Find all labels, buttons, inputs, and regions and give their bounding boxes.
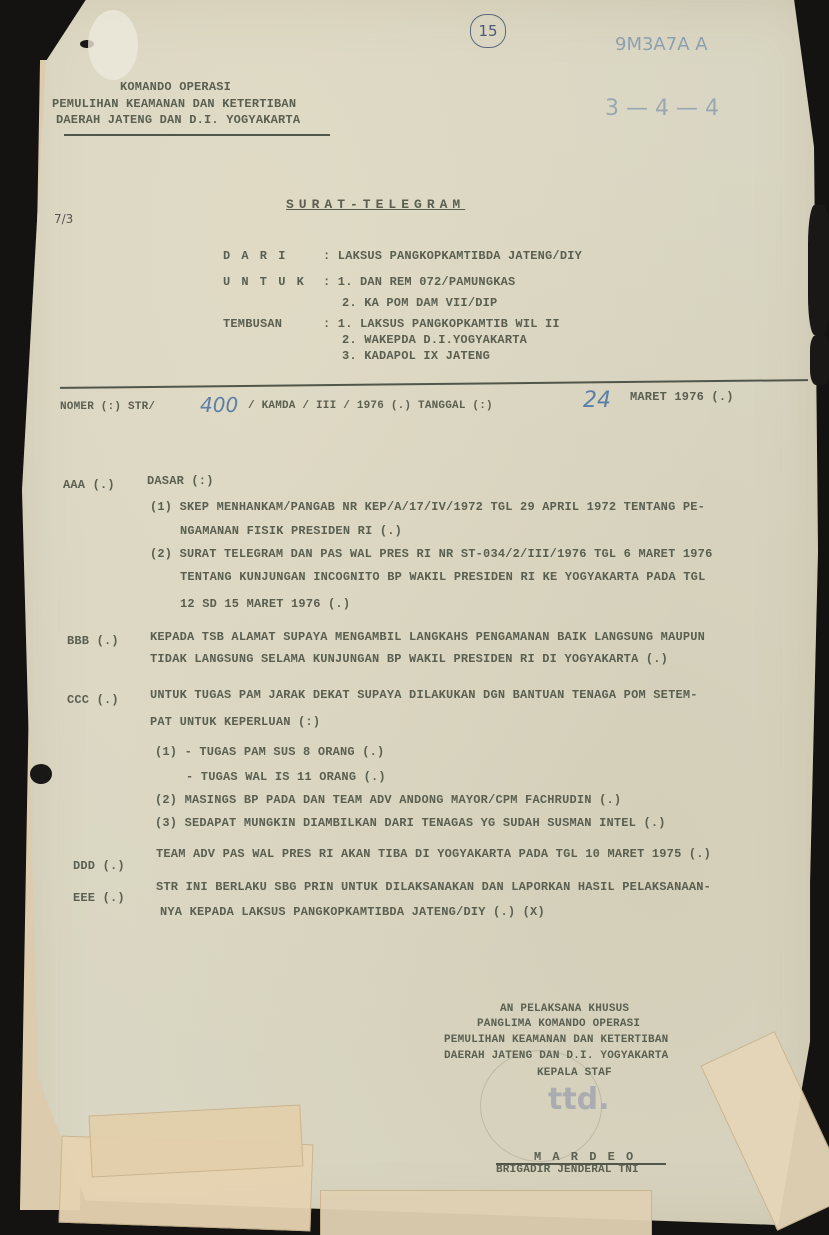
worn-spot	[88, 10, 138, 80]
para-bbb-label: BBB (.)	[67, 634, 119, 648]
para-bbb-line1: KEPADA TSB ALAMAT SUPAYA MENGAMBIL LANGK…	[150, 630, 705, 644]
signatory-name: M A R D E O	[534, 1150, 635, 1164]
letterhead-underline	[64, 134, 330, 136]
nomer-rest: / KAMDA / III / 1976 (.) TANGGAL (:)	[248, 400, 493, 412]
signature-line-1: AN PELAKSANA KHUSUS	[500, 1003, 629, 1015]
para-eee-line1: STR INI BERLAKU SBG PRIN UNTUK DILAKSANA…	[156, 880, 711, 894]
para-aaa-item2-line1: (2) SURAT TELEGRAM DAN PAS WAL PRES RI N…	[150, 547, 713, 561]
tembusan-value-3: 3. KADAPOL IX JATENG	[342, 349, 490, 363]
para-ccc-label: CCC (.)	[67, 693, 119, 707]
para-ccc-item2: (2) MASINGS BP PADA DAN TEAM ADV ANDONG …	[155, 793, 621, 807]
punch-hole	[30, 764, 52, 784]
para-ddd-line1: TEAM ADV PAS WAL PRES RI AKAN TIBA DI YO…	[156, 847, 711, 861]
signature-line-5: KEPALA STAF	[537, 1067, 612, 1079]
untuk-label: U N T U K	[223, 275, 306, 289]
nomer-label: NOMER (:) STR/	[60, 401, 155, 413]
dari-label: D A R I	[223, 249, 287, 263]
signature-line-4: DAERAH JATENG DAN D.I. YOGYAKARTA	[444, 1050, 668, 1062]
para-ccc-line2: PAT UNTUK KEPERLUAN (:)	[150, 715, 320, 729]
edge-tear	[810, 335, 829, 385]
para-aaa-item2-line3: 12 SD 15 MARET 1976 (.)	[180, 597, 350, 611]
para-ccc-item1b: - TUGAS WAL IS 11 ORANG (.)	[186, 770, 386, 784]
document-page	[22, 0, 818, 1225]
edge-tear	[808, 205, 829, 335]
dari-value: : LAKSUS PANGKOPKAMTIBDA JATENG/DIY	[323, 249, 582, 263]
handwritten-note-top: 9M3A7A A	[615, 34, 708, 55]
tape-piece	[89, 1104, 304, 1177]
tembusan-label: TEMBUSAN	[223, 317, 282, 331]
untuk-value-2: 2. KA POM DAM VII/DIP	[342, 296, 497, 310]
date-rest: MARET 1976 (.)	[630, 390, 734, 404]
signature-line-3: PEMULIHAN KEAMANAN DAN KETERTIBAN	[444, 1034, 668, 1046]
tape-piece	[320, 1190, 652, 1235]
signed-marker: ttd.	[548, 1082, 610, 1117]
para-aaa-label: AAA (.)	[63, 478, 115, 492]
document-title: SURAT-TELEGRAM	[286, 197, 465, 212]
letterhead-line-2: PEMULIHAN KEAMANAN DAN KETERTIBAN	[52, 97, 296, 111]
para-aaa-item1-line2: NGAMANAN FISIK PRESIDEN RI (.)	[180, 524, 402, 538]
page-number: 15	[478, 22, 497, 40]
page-number-circle: 15	[470, 14, 506, 48]
handwritten-note-date: 3 — 4 — 4	[605, 96, 719, 121]
para-ddd-label: DDD (.)	[73, 859, 125, 873]
para-bbb-line2: TIDAK LANGSUNG SELAMA KUNJUNGAN BP WAKIL…	[150, 652, 668, 666]
para-aaa-heading: DASAR (:)	[147, 474, 214, 488]
handwritten-margin-note: 7/3	[54, 212, 73, 226]
para-eee-line2: NYA KEPADA LAKSUS PANGKOPKAMTIBDA JATENG…	[160, 905, 545, 919]
tembusan-value-1: : 1. LAKSUS PANGKOPKAMTIB WIL II	[323, 317, 560, 331]
letterhead-line-3: DAERAH JATENG DAN D.I. YOGYAKARTA	[56, 113, 300, 127]
para-aaa-item1-line1: (1) SKEP MENHANKAM/PANGAB NR KEP/A/17/IV…	[150, 500, 705, 514]
untuk-value-1: : 1. DAN REM 072/PAMUNGKAS	[323, 275, 515, 289]
para-ccc-item1a: (1) - TUGAS PAM SUS 8 ORANG (.)	[155, 745, 384, 759]
para-aaa-item2-line2: TENTANG KUNJUNGAN INCOGNITO BP WAKIL PRE…	[180, 570, 705, 584]
tembusan-value-2: 2. WAKEPDA D.I.YOGYAKARTA	[342, 333, 527, 347]
handwritten-letter-number: 400	[200, 393, 238, 417]
letterhead-line-1: KOMANDO OPERASI	[120, 80, 231, 94]
signature-line-2: PANGLIMA KOMANDO OPERASI	[477, 1018, 640, 1030]
handwritten-date-day: 24	[583, 388, 611, 413]
para-eee-label: EEE (.)	[73, 891, 125, 905]
para-ccc-line1: UNTUK TUGAS PAM JARAK DEKAT SUPAYA DILAK…	[150, 688, 698, 702]
para-ccc-item3: (3) SEDAPAT MUNGKIN DIAMBILKAN DARI TENA…	[155, 816, 666, 830]
signatory-rank: BRIGADIR JENDERAL TNI	[496, 1164, 639, 1176]
